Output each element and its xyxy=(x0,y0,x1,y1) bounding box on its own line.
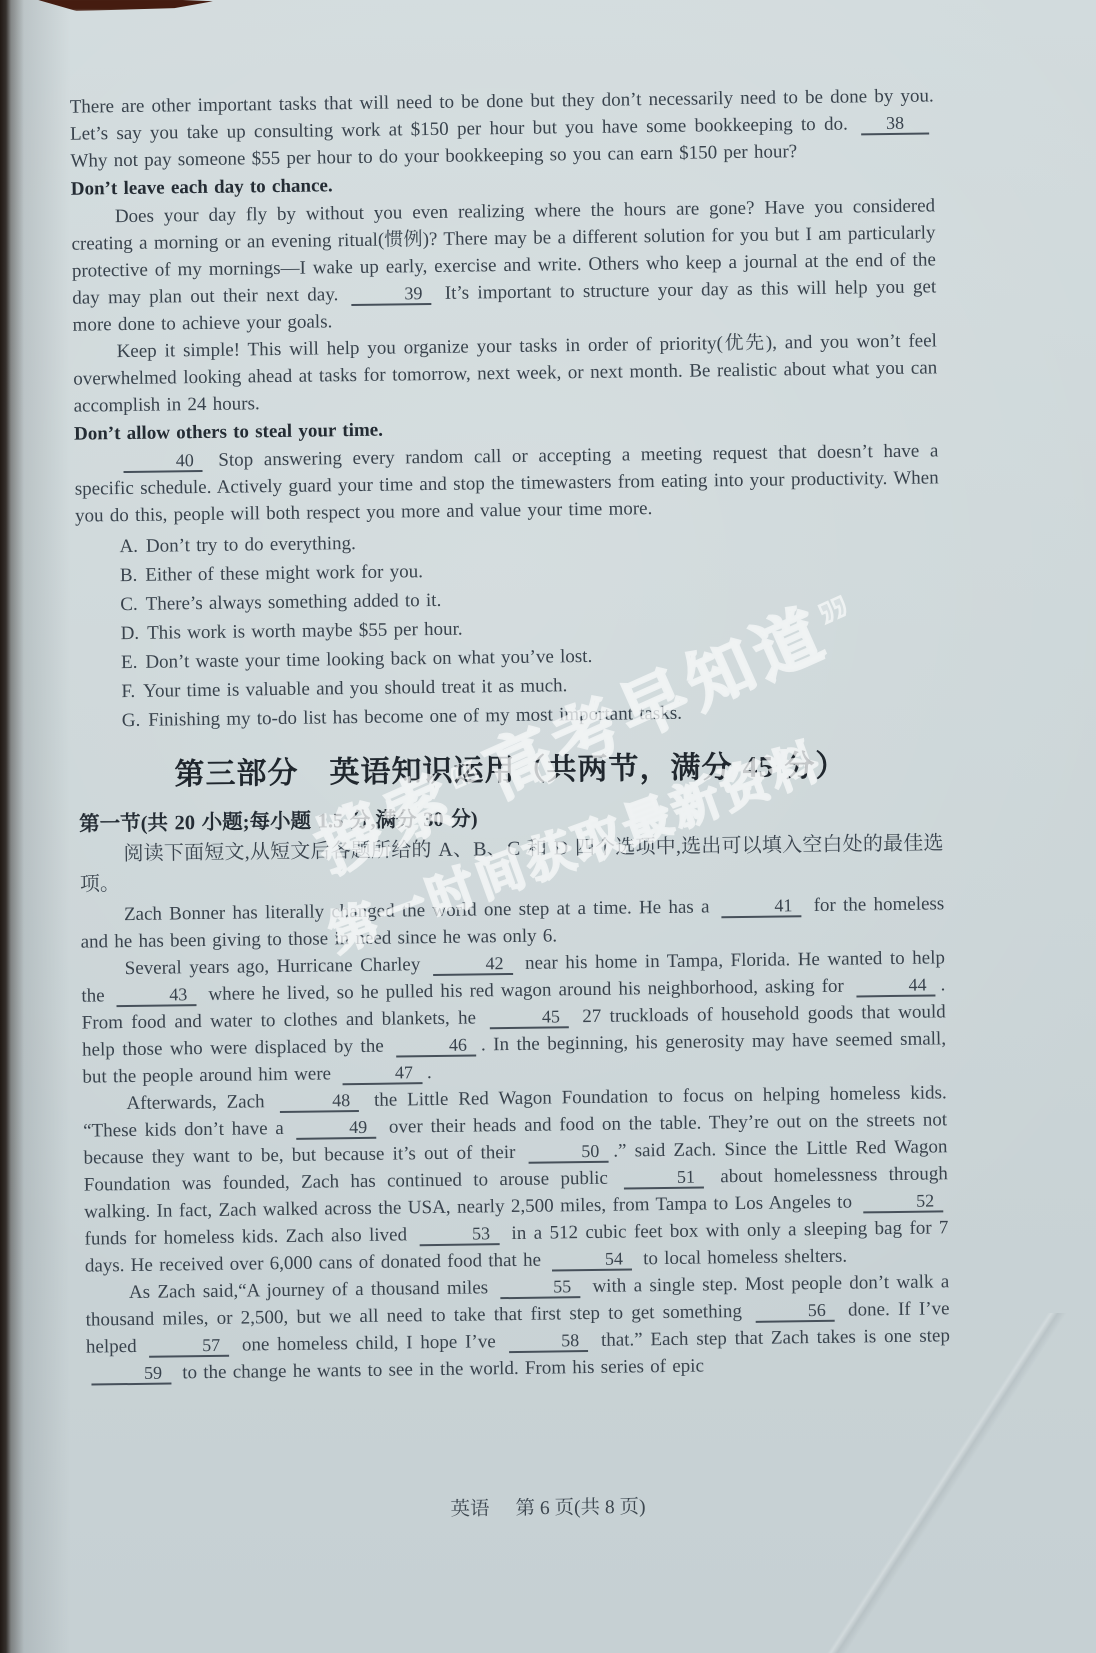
section-three-title: 第三部分 英语知识运用（共两节，满分 45 分） xyxy=(78,748,942,793)
option-text: There’s always something added to it. xyxy=(146,590,442,615)
reading-paragraph-0: There are other important tasks that wil… xyxy=(70,82,935,174)
option-text: Either of these might work for you. xyxy=(145,561,423,586)
blank-57: 57 xyxy=(149,1336,229,1358)
cloze-paragraph-3: As Zach said,“A journey of a thousand mi… xyxy=(85,1268,950,1387)
reading-paragraph-3: Keep it simple! This will help you organ… xyxy=(73,327,938,419)
option-text: Don’t try to do everything. xyxy=(146,533,356,557)
blank-48: 48 xyxy=(279,1091,359,1113)
blank-43: 43 xyxy=(117,985,197,1007)
option-label: F. xyxy=(121,681,135,702)
option-text: This work is worth maybe $55 per hour. xyxy=(147,619,463,644)
reading-passage: There are other important tasks that wil… xyxy=(70,82,940,529)
cloze-instructions: 阅读下面短文,从短文后各题所给的 A、B、C 和 D 四个选项中,选出可以填入空… xyxy=(79,828,944,899)
blank-51: 51 xyxy=(624,1167,704,1189)
option-label: B. xyxy=(120,565,138,586)
paper-left-shadow xyxy=(0,0,70,1653)
blank-52: 52 xyxy=(863,1191,943,1213)
blank-55: 55 xyxy=(500,1277,580,1299)
blank-49: 49 xyxy=(296,1118,376,1140)
option-text: Your time is valuable and you should tre… xyxy=(143,675,567,702)
blank-44: 44 xyxy=(856,975,936,997)
blank-40: 40 xyxy=(123,451,203,473)
blank-38: 38 xyxy=(861,113,929,135)
exam-paper-sheet: There are other important tasks that wil… xyxy=(0,0,1096,1653)
cloze-paragraph-2: Afterwards, Zach 48 the Little Red Wagon… xyxy=(83,1079,949,1279)
option-text: Finishing my to-do list has become one o… xyxy=(148,703,682,731)
blank-58: 58 xyxy=(508,1331,588,1353)
page-content: There are other important tasks that wil… xyxy=(70,82,951,1387)
cloze-paragraph-1: Several years ago, Hurricane Charley 42 … xyxy=(81,944,947,1090)
option-label: C. xyxy=(120,594,138,615)
option-label: A. xyxy=(119,536,138,557)
option-label: D. xyxy=(121,623,140,644)
blank-50: 50 xyxy=(528,1142,608,1164)
option-label: E. xyxy=(121,652,138,673)
reading-paragraph-2: Does your day fly by without you even re… xyxy=(71,192,937,338)
option-text: Don’t waste your time looking back on wh… xyxy=(145,646,592,673)
options-list: A.Don’t try to do everything.B.Either of… xyxy=(75,521,942,735)
footer-subject: 英语 xyxy=(450,1499,489,1521)
blank-46: 46 xyxy=(396,1035,476,1057)
blank-47: 47 xyxy=(342,1063,422,1085)
blank-42: 42 xyxy=(433,954,513,976)
footer-page-number: 第 6 页(共 8 页) xyxy=(515,1497,645,1520)
page-footer: 英语第 6 页(共 8 页) xyxy=(0,1485,1096,1527)
blank-39: 39 xyxy=(352,284,432,306)
blank-56: 56 xyxy=(755,1301,835,1323)
cloze-passage: Zach Bonner has literally changed the wo… xyxy=(80,890,950,1387)
blank-54: 54 xyxy=(552,1249,632,1271)
blank-41: 41 xyxy=(722,896,802,918)
option-label: G. xyxy=(122,710,141,731)
blank-45: 45 xyxy=(489,1007,569,1029)
blank-53: 53 xyxy=(419,1224,499,1246)
reading-paragraph-5: 40 Stop answering every random call or a… xyxy=(74,437,939,529)
blank-59: 59 xyxy=(91,1363,171,1385)
